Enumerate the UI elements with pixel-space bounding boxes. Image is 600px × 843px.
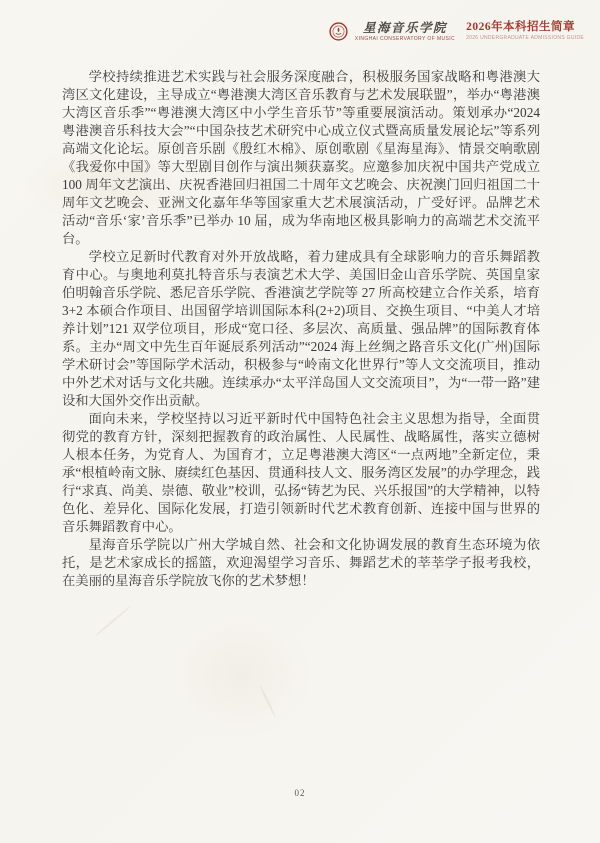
body-text: 学校持续推进艺术实践与社会服务深度融合，积极服务国家战略和粤港澳大湾区文化建设，… [62,68,540,590]
badge-title: 2026年本科招生简章 [466,22,584,34]
page-footer: 02 [0,783,600,801]
brochure-page: 星海音乐学院 XINGHAI CONSERVATORY OF MUSIC 202… [0,0,600,843]
page-header: 星海音乐学院 XINGHAI CONSERVATORY OF MUSIC 202… [329,22,584,42]
paper-fiber [95,605,132,636]
body-paragraph: 学校立足新时代教育对外开放战略，着力建成具有全球影响力的音乐舞蹈教育中心。与奥地… [62,248,540,410]
badge-subtitle: 2026 UNDERGRADUATE ADMISSIONS GUIDE [466,36,584,41]
admissions-badge: 2026年本科招生简章 2026 UNDERGRADUATE ADMISSION… [466,22,584,41]
page-number: 02 [295,788,306,798]
school-name-block: 星海音乐学院 XINGHAI CONSERVATORY OF MUSIC [355,22,455,42]
body-paragraph: 面向未来，学校坚持以习近平新时代中国特色社会主义思想为指导，全面贯彻党的教育方针… [62,410,540,536]
body-paragraph: 学校持续推进艺术实践与社会服务深度融合，积极服务国家战略和粤港澳大湾区文化建设，… [62,68,540,248]
school-name-en: XINGHAI CONSERVATORY OF MUSIC [355,37,455,42]
school-name-zh: 星海音乐学院 [363,22,447,35]
body-paragraph: 星海音乐学院以广州大学城自然、社会和文化协调发展的教育生态环境为依托，是艺术家成… [62,536,540,590]
paper-fiber [259,685,276,717]
school-seal-icon [329,22,348,41]
